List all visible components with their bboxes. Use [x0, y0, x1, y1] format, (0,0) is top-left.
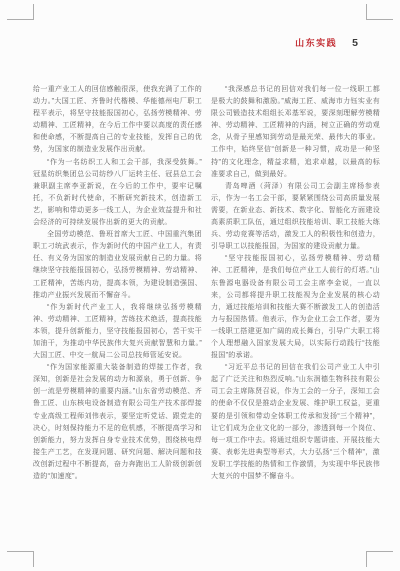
body-paragraph: “作为一名纺织工人和工会干部，我深受鼓舞。”冠星纺织集团总公司纺纱八厂运转主任、…	[33, 157, 202, 230]
left-column: 给一重产业工人的回信感触很深，使我充满了工作的动力。”大国工匠、齐鲁时代楷模、华…	[33, 84, 202, 483]
crop-mark-bottom-left	[7, 551, 34, 567]
crop-mark-top-left	[7, 4, 34, 20]
crop-mark-bottom-right	[366, 551, 393, 567]
body-paragraph: “习近平总书记的回信在我们公司产业工人中引起了广泛关注和热烈反响。”山东润德生物…	[211, 362, 380, 483]
right-column: “我深感总书记的回信对我们每一位一线职工都是极大的鼓舞和激励。”威海工匠、威海市…	[211, 84, 380, 483]
body-paragraph: 全国劳动模范、鲁班首席大工匠、中国重汽集团职工刁统武表示，作为新时代的中国产业工…	[33, 229, 202, 302]
body-paragraph: 给一重产业工人的回信感触很深，使我充满了工作的动力。”大国工匠、齐鲁时代楷模、华…	[33, 84, 202, 157]
body-paragraph: “作为新时代产业工人，我将继续弘扬劳模精神、劳动精神、工匠精神，苦练技术绝活，提…	[33, 302, 202, 362]
page-header: 山东实践 5	[0, 36, 358, 49]
body-paragraph: “我深感总书记的回信对我们每一位一线职工都是极大的鼓舞和激励。”威海工匠、威海市…	[211, 84, 380, 181]
body-paragraph: “作为国家能源重大装备制造的焊接工作者，我深知，创新是社会发展的动力和源泉，勇于…	[33, 362, 202, 483]
magazine-page: 山东实践 5 给一重产业工人的回信感触很深，使我充满了工作的动力。”大国工匠、齐…	[0, 0, 400, 571]
section-label: 山东实践	[295, 36, 337, 49]
body-paragraph: “坚守技能报国初心，弘扬劳模精神、劳动精神、工匠精神，是我们每位产业工人前行的灯…	[211, 253, 380, 362]
crop-mark-top-right	[366, 4, 393, 20]
body-paragraph: 青岛啤酒（菏泽）有限公司工会副主席杨参表示，作为一名工会干部，要紧紧围绕公司高质…	[211, 181, 380, 254]
article-body: 给一重产业工人的回信感触很深，使我充满了工作的动力。”大国工匠、齐鲁时代楷模、华…	[33, 84, 380, 483]
page-number: 5	[352, 37, 358, 49]
